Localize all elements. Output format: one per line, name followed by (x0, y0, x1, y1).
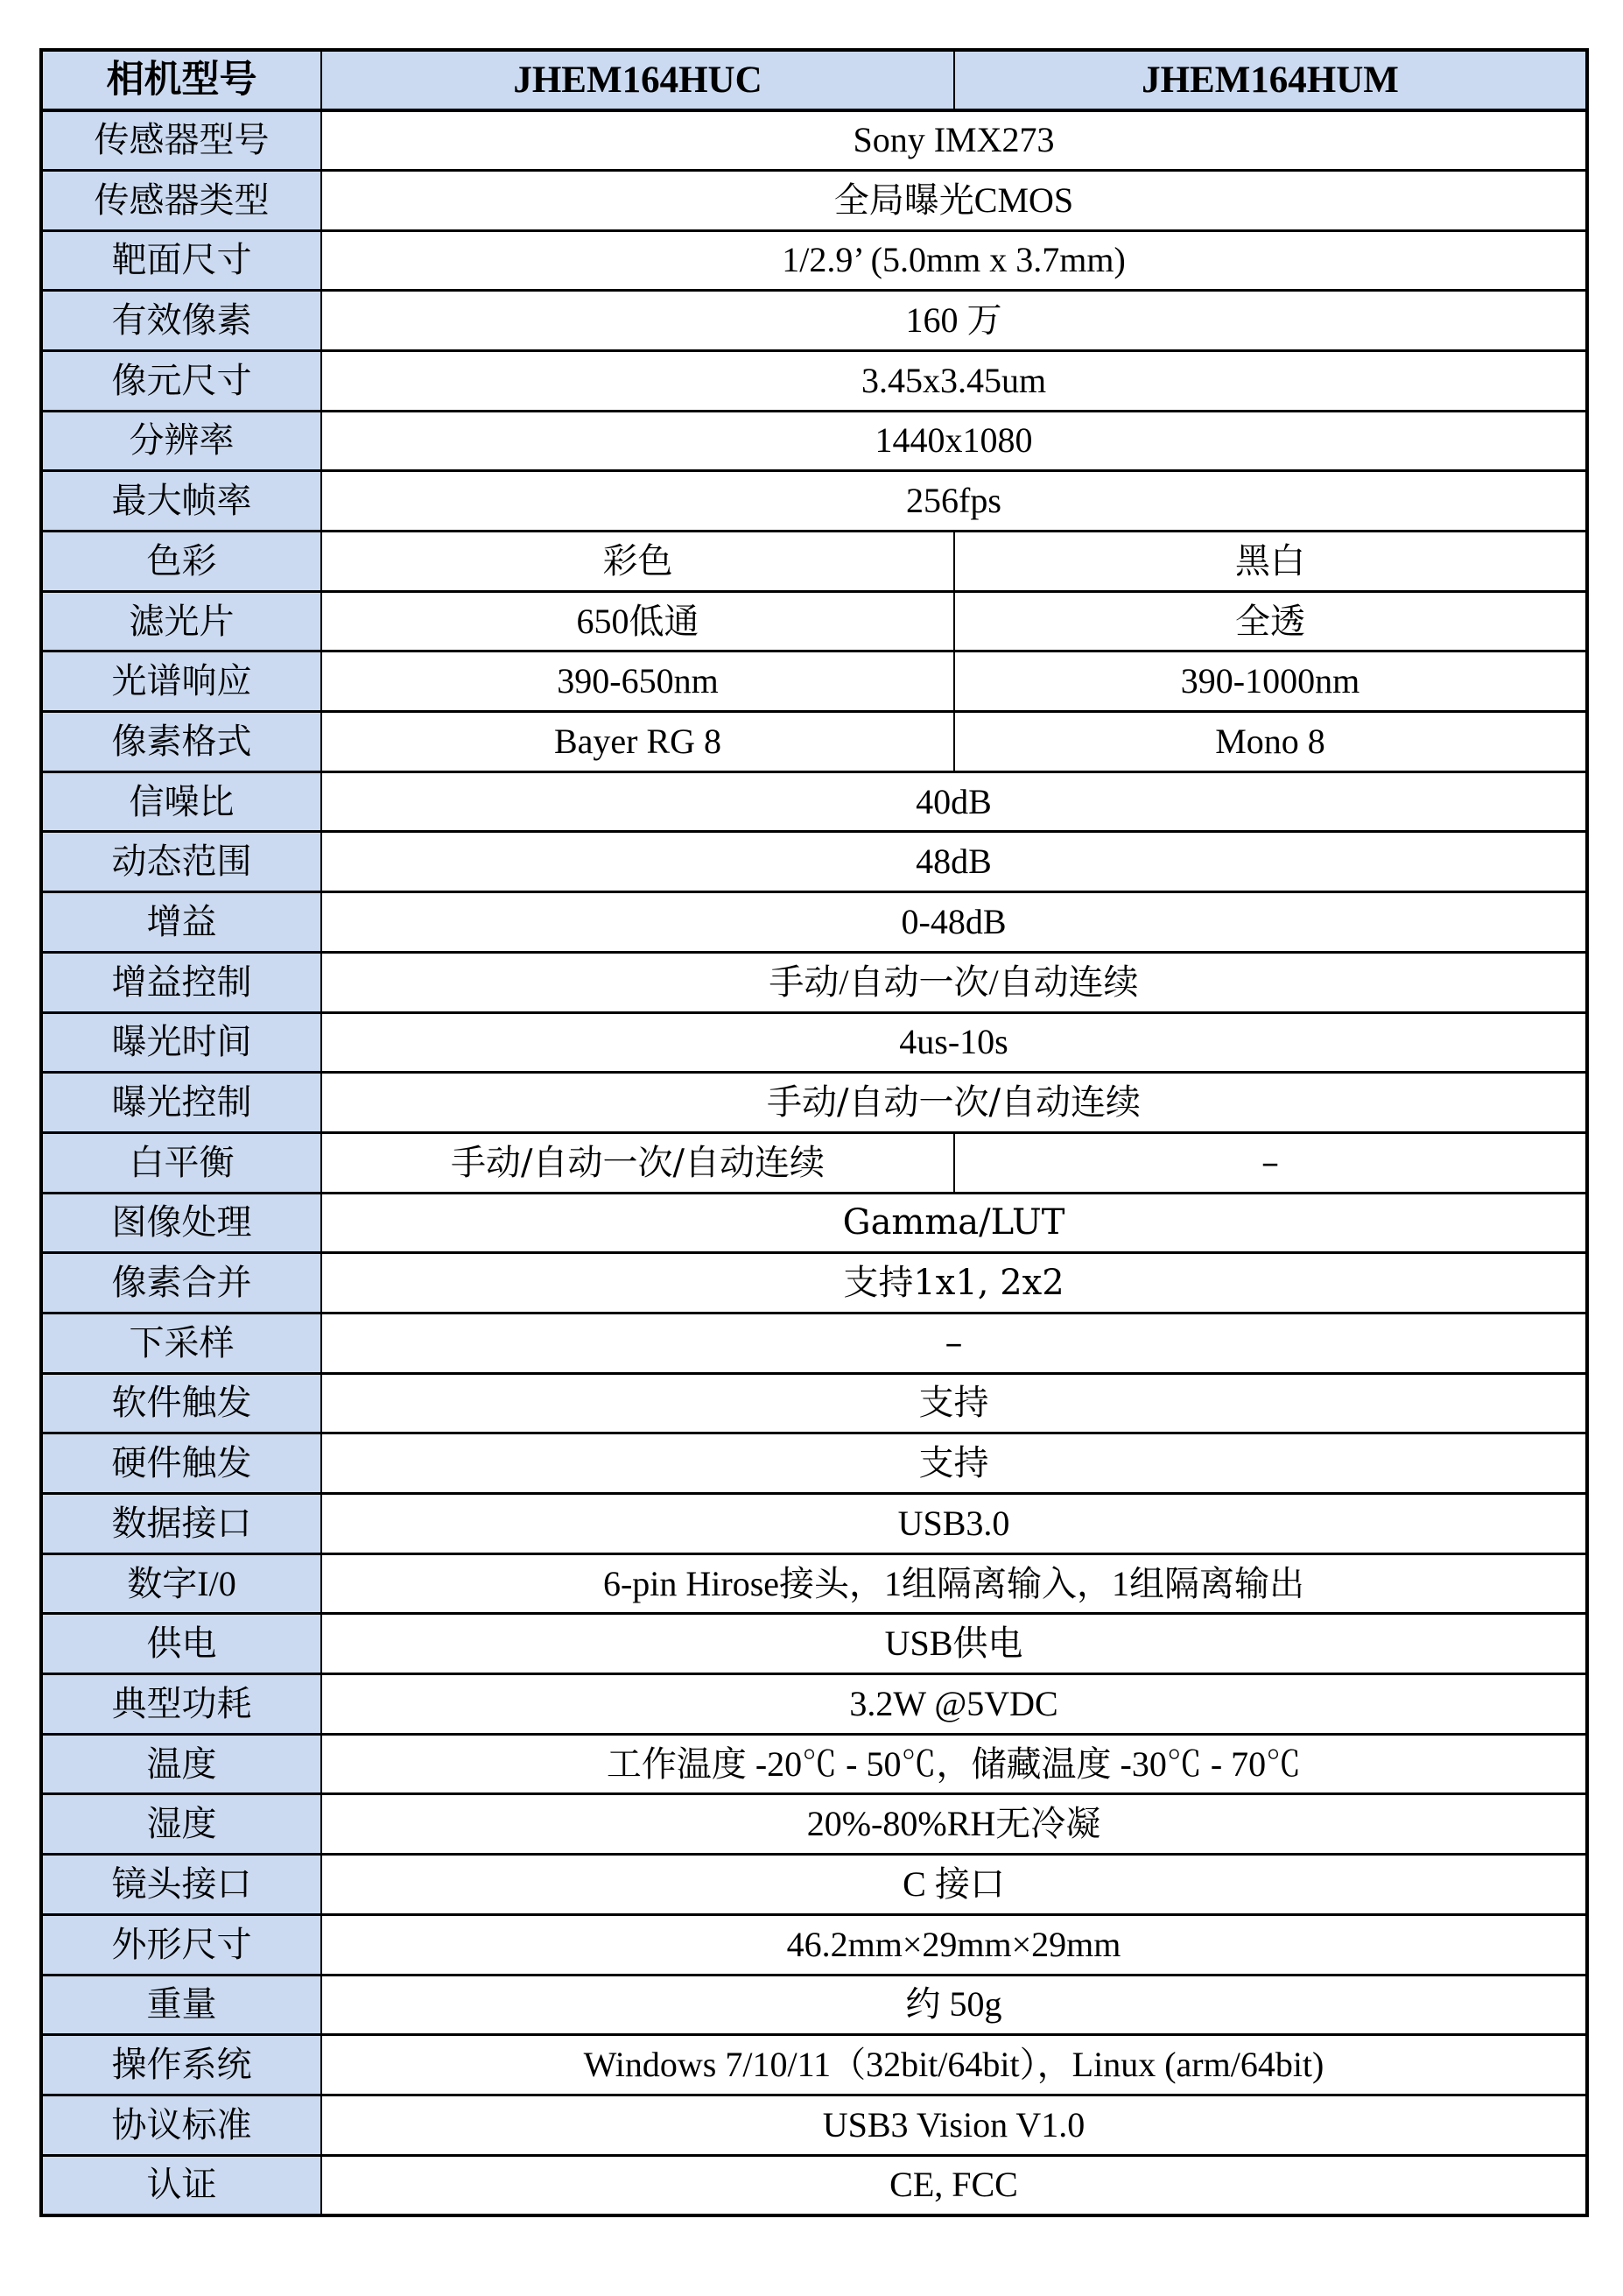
row-value: USB供电 (321, 1614, 1587, 1674)
row-label: 图像处理 (41, 1193, 321, 1253)
row-value: 160 万 (321, 291, 1587, 351)
row-label: 下采样 (41, 1313, 321, 1373)
spec-row: 色彩彩色黑白 (41, 532, 1587, 592)
row-label: 重量 (41, 1975, 321, 2035)
row-value: 1/2.9’ (5.0mm x 3.7mm) (321, 230, 1587, 291)
row-label: 像素合并 (41, 1253, 321, 1314)
row-value: 48dB (321, 832, 1587, 892)
row-label: 曝光时间 (41, 1012, 321, 1073)
row-value: 390-650nm (321, 651, 954, 712)
row-value: Windows 7/10/11（32bit/64bit），Linux (arm/… (321, 2035, 1587, 2095)
row-label: 镜头接口 (41, 1855, 321, 1915)
spec-row: 温度工作温度 -20℃ - 50℃，储藏温度 -30℃ - 70℃ (41, 1734, 1587, 1794)
row-label: 滤光片 (41, 591, 321, 651)
row-value: 工作温度 -20℃ - 50℃，储藏温度 -30℃ - 70℃ (321, 1734, 1587, 1794)
model-name: JHEM164HUM (954, 50, 1587, 110)
spec-row: 硬件触发支持 (41, 1433, 1587, 1494)
row-label: 认证 (41, 2155, 321, 2215)
spec-row: 像元尺寸3.45x3.45um (41, 350, 1587, 411)
spec-row: 重量约 50g (41, 1975, 1587, 2035)
row-label: 传感器型号 (41, 110, 321, 171)
row-label: 色彩 (41, 532, 321, 592)
spec-sheet-page: 相机型号JHEM164HUCJHEM164HUM传感器型号Sony IMX273… (0, 0, 1623, 2296)
column-header-label: 相机型号 (41, 50, 321, 110)
row-value: 支持 (321, 1373, 1587, 1433)
spec-row: 传感器类型全局曝光CMOS (41, 170, 1587, 230)
spec-row: 像素合并支持1x1, 2x2 (41, 1253, 1587, 1314)
row-label: 信噪比 (41, 771, 321, 832)
spec-row: 分辨率1440x1080 (41, 411, 1587, 471)
row-label: 数据接口 (41, 1494, 321, 1554)
row-value: USB3.0 (321, 1494, 1587, 1554)
spec-row: 典型功耗3.2W @5VDC (41, 1674, 1587, 1735)
row-value: 0-48dB (321, 892, 1587, 953)
row-value: 黑白 (954, 532, 1587, 592)
spec-row: 下采样– (41, 1313, 1587, 1373)
spec-row: 靶面尺寸1/2.9’ (5.0mm x 3.7mm) (41, 230, 1587, 291)
row-label: 操作系统 (41, 2035, 321, 2095)
row-value: 6-pin Hirose接头，1组隔离输入，1组隔离输出 (321, 1553, 1587, 1614)
row-value: 支持 (321, 1433, 1587, 1494)
row-value: 全透 (954, 591, 1587, 651)
spec-row: 增益控制手动/自动一次/自动连续 (41, 952, 1587, 1012)
row-label: 有效像素 (41, 291, 321, 351)
spec-row: 最大帧率256fps (41, 471, 1587, 532)
spec-row: 动态范围48dB (41, 832, 1587, 892)
row-label: 软件触发 (41, 1373, 321, 1433)
spec-row: 数据接口USB3.0 (41, 1494, 1587, 1554)
row-label: 传感器类型 (41, 170, 321, 230)
spec-row: 图像处理Gamma/LUT (41, 1193, 1587, 1253)
spec-row: 信噪比40dB (41, 771, 1587, 832)
spec-row: 有效像素160 万 (41, 291, 1587, 351)
row-label: 分辨率 (41, 411, 321, 471)
row-value: 彩色 (321, 532, 954, 592)
row-label: 硬件触发 (41, 1433, 321, 1494)
row-value: 20%-80%RH无冷凝 (321, 1794, 1587, 1855)
spec-row: 曝光时间4us-10s (41, 1012, 1587, 1073)
spec-row: 像素格式Bayer RG 8Mono 8 (41, 712, 1587, 772)
row-label: 外形尺寸 (41, 1914, 321, 1975)
row-label: 靶面尺寸 (41, 230, 321, 291)
spec-row: 操作系统Windows 7/10/11（32bit/64bit），Linux (… (41, 2035, 1587, 2095)
row-value: Gamma/LUT (321, 1193, 1587, 1253)
row-label: 湿度 (41, 1794, 321, 1855)
row-value: 46.2mm×29mm×29mm (321, 1914, 1587, 1975)
row-value: 4us-10s (321, 1012, 1587, 1073)
row-label: 像元尺寸 (41, 350, 321, 411)
row-label: 增益 (41, 892, 321, 953)
row-value: 40dB (321, 771, 1587, 832)
row-value: Mono 8 (954, 712, 1587, 772)
row-label: 像素格式 (41, 712, 321, 772)
row-value: 约 50g (321, 1975, 1587, 2035)
row-value: – (321, 1313, 1587, 1373)
row-value: 手动/自动一次/自动连续 (321, 1132, 954, 1193)
row-label: 白平衡 (41, 1132, 321, 1193)
row-value: 3.45x3.45um (321, 350, 1587, 411)
row-label: 典型功耗 (41, 1674, 321, 1735)
spec-row: 认证CE, FCC (41, 2155, 1587, 2215)
row-value: 手动/自动一次/自动连续 (321, 952, 1587, 1012)
spec-row: 外形尺寸46.2mm×29mm×29mm (41, 1914, 1587, 1975)
row-value: 全局曝光CMOS (321, 170, 1587, 230)
spec-row: 白平衡手动/自动一次/自动连续– (41, 1132, 1587, 1193)
spec-header-row: 相机型号JHEM164HUCJHEM164HUM (41, 50, 1587, 110)
model-name: JHEM164HUC (321, 50, 954, 110)
row-value: USB3 Vision V1.0 (321, 2095, 1587, 2155)
spec-row: 光谱响应390-650nm390-1000nm (41, 651, 1587, 712)
row-value: 1440x1080 (321, 411, 1587, 471)
row-value: C 接口 (321, 1855, 1587, 1915)
spec-row: 协议标准USB3 Vision V1.0 (41, 2095, 1587, 2155)
row-value: 支持1x1, 2x2 (321, 1253, 1587, 1314)
row-label: 光谱响应 (41, 651, 321, 712)
row-value: 3.2W @5VDC (321, 1674, 1587, 1735)
row-label: 动态范围 (41, 832, 321, 892)
spec-row: 湿度20%-80%RH无冷凝 (41, 1794, 1587, 1855)
row-value: 256fps (321, 471, 1587, 532)
spec-row: 数字I/06-pin Hirose接头，1组隔离输入，1组隔离输出 (41, 1553, 1587, 1614)
spec-row: 曝光控制手动/自动一次/自动连续 (41, 1073, 1587, 1133)
row-label: 数字I/0 (41, 1553, 321, 1614)
row-label: 供电 (41, 1614, 321, 1674)
row-label: 增益控制 (41, 952, 321, 1012)
camera-spec-table: 相机型号JHEM164HUCJHEM164HUM传感器型号Sony IMX273… (39, 48, 1589, 2217)
row-value: CE, FCC (321, 2155, 1587, 2215)
row-value: 650低通 (321, 591, 954, 651)
row-value: 390-1000nm (954, 651, 1587, 712)
row-value: 手动/自动一次/自动连续 (321, 1073, 1587, 1133)
row-value: Bayer RG 8 (321, 712, 954, 772)
spec-row: 镜头接口C 接口 (41, 1855, 1587, 1915)
row-label: 曝光控制 (41, 1073, 321, 1133)
spec-row: 传感器型号Sony IMX273 (41, 110, 1587, 171)
spec-row: 供电USB供电 (41, 1614, 1587, 1674)
spec-row: 增益0-48dB (41, 892, 1587, 953)
row-label: 温度 (41, 1734, 321, 1794)
row-value: Sony IMX273 (321, 110, 1587, 171)
spec-row: 滤光片650低通全透 (41, 591, 1587, 651)
row-value: – (954, 1132, 1587, 1193)
spec-row: 软件触发支持 (41, 1373, 1587, 1433)
row-label: 协议标准 (41, 2095, 321, 2155)
row-label: 最大帧率 (41, 471, 321, 532)
